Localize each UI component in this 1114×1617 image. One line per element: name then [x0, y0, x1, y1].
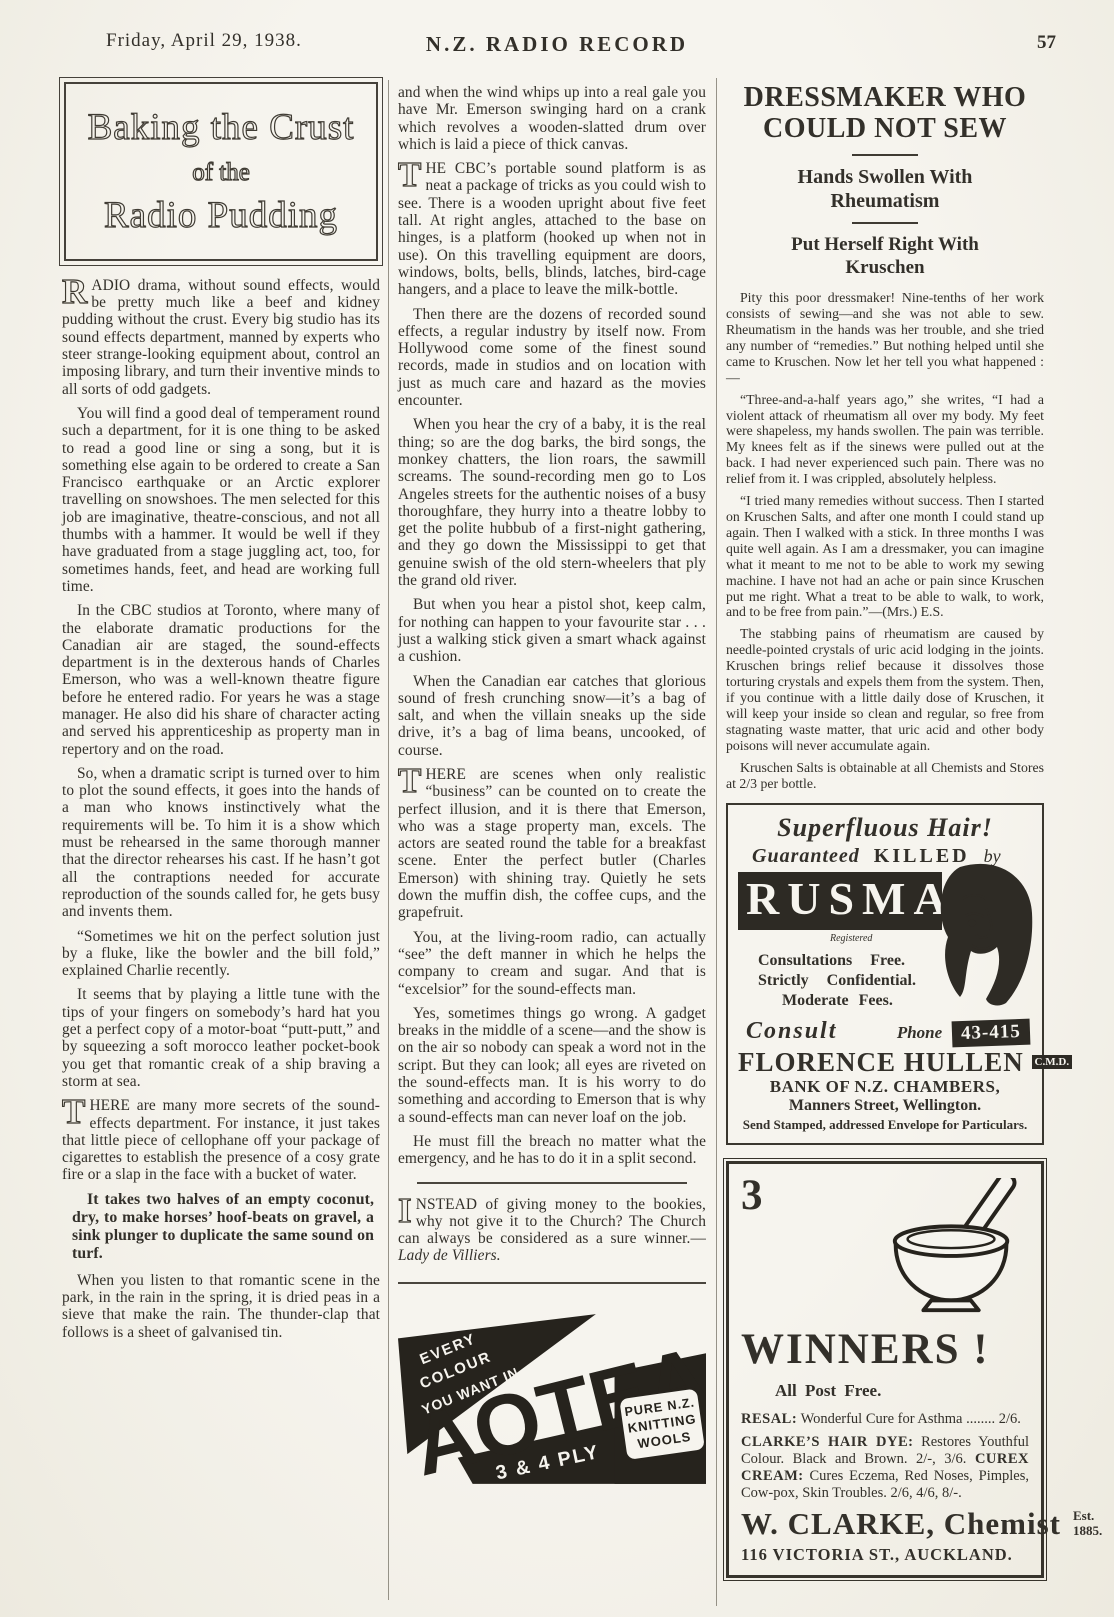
chemist-name: W. CLARKE, Chemist	[741, 1508, 1061, 1539]
paragraph: THE CBC’s portable sound platform is as …	[398, 160, 706, 298]
clarke-chemist-ad: 3 WINNERS ! All Post Free. RESAL: Wonder…	[726, 1161, 1044, 1578]
kruschen-headline-line: DRESSMAKER WHO	[726, 82, 1044, 113]
rusma-name-text: FLORENCE HULLEN	[738, 1047, 1024, 1077]
rusma-ad: Superfluous Hair! Guaranteed KILLED by R…	[726, 803, 1044, 1144]
paragraph: RADIO drama, without sound effects, woul…	[62, 277, 380, 398]
drop-cap: R	[62, 277, 91, 306]
paragraph: So, when a dramatic script is turned ove…	[62, 765, 380, 921]
rusma-ad-title: Superfluous Hair!	[738, 813, 1032, 843]
paragraph: He must fill the breach no matter what t…	[398, 1133, 706, 1168]
rusma-phone-label: Phone	[897, 1023, 942, 1043]
chemist-address: 116 VICTORIA ST., AUCKLAND.	[741, 1545, 1029, 1565]
newspaper-page: Friday, April 29, 1938. N.Z. RADIO RECOR…	[0, 0, 1114, 1617]
article-title-box: Baking the Crust of the Radio Pudding	[64, 82, 378, 261]
paragraph: It seems that by playing a little tune w…	[62, 986, 380, 1090]
drop-cap: T	[398, 160, 425, 189]
winners-chemist-row: W. CLARKE, Chemist Est. 1885.	[741, 1508, 1029, 1539]
mortar-pestle-illustration	[879, 1178, 1029, 1326]
chemist-established: Est. 1885.	[1073, 1509, 1102, 1539]
article-title-line: of the	[72, 159, 370, 187]
paragraph: Then there are the dozens of recorded so…	[398, 306, 706, 410]
kruschen-headline-line: COULD NOT SEW	[726, 113, 1044, 144]
rusma-phone-number: 43-415	[952, 1019, 1031, 1048]
article-column-middle: and when the wind whips up into a real g…	[398, 84, 706, 1493]
kruschen-paragraph: Pity this poor dressmaker! Nine-tenths o…	[726, 290, 1044, 385]
winners-item-lead: CLARKE’S HAIR DYE:	[741, 1434, 913, 1450]
woman-face-illustration	[926, 861, 1038, 1011]
drop-cap: T	[398, 766, 425, 795]
aotea-box: PURE N.Z. KNITTING WOOLS	[618, 1387, 706, 1461]
rusma-consult-label: Consult	[746, 1018, 887, 1045]
column-rule-left	[388, 80, 389, 1600]
paragraph: When you hear the cry of a baby, it is t…	[398, 416, 706, 589]
paragraph: THERE are many more secrets of the sound…	[62, 1097, 380, 1183]
winners-item-lead: RESAL:	[741, 1411, 797, 1427]
kruschen-advertorial: DRESSMAKER WHO COULD NOT SEW Hands Swoll…	[726, 82, 1044, 791]
kruschen-paragraph: Kruschen Salts is obtainable at all Chem…	[726, 760, 1044, 792]
kruschen-paragraph: The stabbing pains of rheumatism are cau…	[726, 626, 1044, 753]
kruschen-paragraph: “I tried many remedies without success. …	[726, 493, 1044, 620]
filler-quote: INSTEAD of giving money to the bookies, …	[398, 1182, 706, 1284]
divider	[852, 154, 918, 156]
column-rule-right	[716, 78, 717, 1606]
article-title-line: Baking the Crust	[72, 108, 370, 149]
winners-item: RESAL: Wonderful Cure for Asthma .......…	[741, 1411, 1025, 1428]
paragraph: and when the wind whips up into a real g…	[398, 84, 706, 153]
ad-column-right: DRESSMAKER WHO COULD NOT SEW Hands Swoll…	[726, 82, 1044, 1578]
paragraph-text: HE CBC’s portable sound platform is as n…	[398, 160, 706, 298]
rusma-guaranteed: Guaranteed	[752, 845, 860, 868]
kruschen-paragraph: “Three-and-a-half years ago,” she writes…	[726, 392, 1044, 487]
winners-item: CLARKE’S HAIR DYE: Restores Youthful Col…	[741, 1434, 1029, 1502]
aotea-ad-illustration: EVERY COLOUR YOU WANT IN AOTEA 3 & 4 PLY…	[398, 1310, 706, 1488]
winners-post-free: All Post Free.	[775, 1381, 1029, 1401]
filler-text: NSTEAD of giving money to the bookies, w…	[398, 1196, 706, 1248]
page-number: 57	[1037, 32, 1056, 54]
paragraph: THERE are scenes when only realistic “bu…	[398, 766, 706, 922]
masthead: N.Z. RADIO RECORD	[0, 32, 1114, 57]
divider	[417, 1182, 687, 1184]
divider	[852, 222, 918, 224]
paragraph: When you listen to that romantic scene i…	[62, 1272, 380, 1341]
rusma-credentials: C.M.D.	[1032, 1055, 1073, 1069]
aotea-wools-ad: EVERY COLOUR YOU WANT IN AOTEA 3 & 4 PLY…	[398, 1310, 706, 1493]
paragraph: You will find a good deal of temperament…	[62, 405, 380, 595]
paragraph: You, at the living-room radio, can actua…	[398, 929, 706, 998]
article-title-line: Radio Pudding	[72, 196, 370, 237]
paragraph-text: HERE are many more secrets of the sound-…	[62, 1097, 380, 1183]
paragraph: When the Canadian ear catches that glori…	[398, 673, 706, 759]
rusma-brand: RUSMA	[746, 876, 934, 922]
winners-item-text: Wonderful Cure for Asthma ........ 2/6.	[801, 1411, 1021, 1427]
kruschen-subhead: Hands Swollen With Rheumatism	[756, 165, 1014, 213]
drop-cap: T	[62, 1097, 89, 1126]
rusma-consult-row: Consult Phone 43-415	[746, 1018, 1030, 1046]
paragraph-text: HERE are scenes when only realistic “bus…	[398, 766, 706, 921]
paragraph: In the CBC studios at Toronto, where man…	[62, 602, 380, 758]
rusma-address-line: Manners Street, Wellington.	[738, 1097, 1032, 1115]
article-column-left: Baking the Crust of the Radio Pudding RA…	[62, 80, 380, 1348]
rusma-address-line: BANK OF N.Z. CHAMBERS,	[738, 1077, 1032, 1097]
filler-byline: Lady de Villiers.	[398, 1247, 501, 1264]
paragraph: “Sometimes we hit on the perfect solutio…	[62, 928, 380, 980]
rusma-note: Send Stamped, addressed Envelope for Par…	[738, 1118, 1032, 1133]
rusma-practitioner-name: FLORENCE HULLEN C.M.D.	[738, 1048, 1032, 1076]
rusma-brand-band: RUSMA	[738, 872, 942, 930]
filler-paragraph: INSTEAD of giving money to the bookies, …	[398, 1196, 706, 1265]
paragraph-bold: It takes two halves of an empty coconut,…	[72, 1191, 374, 1263]
paragraph-text: ADIO drama, without sound effects, would…	[62, 277, 380, 398]
paragraph: But when you hear a pistol shot, keep ca…	[398, 596, 706, 665]
paragraph: Yes, sometimes things go wrong. A gadget…	[398, 1005, 706, 1126]
drop-cap: I	[398, 1196, 416, 1225]
kruschen-headline: DRESSMAKER WHO COULD NOT SEW	[726, 82, 1044, 145]
kruschen-subhead: Put Herself Right With Kruschen	[756, 233, 1014, 281]
